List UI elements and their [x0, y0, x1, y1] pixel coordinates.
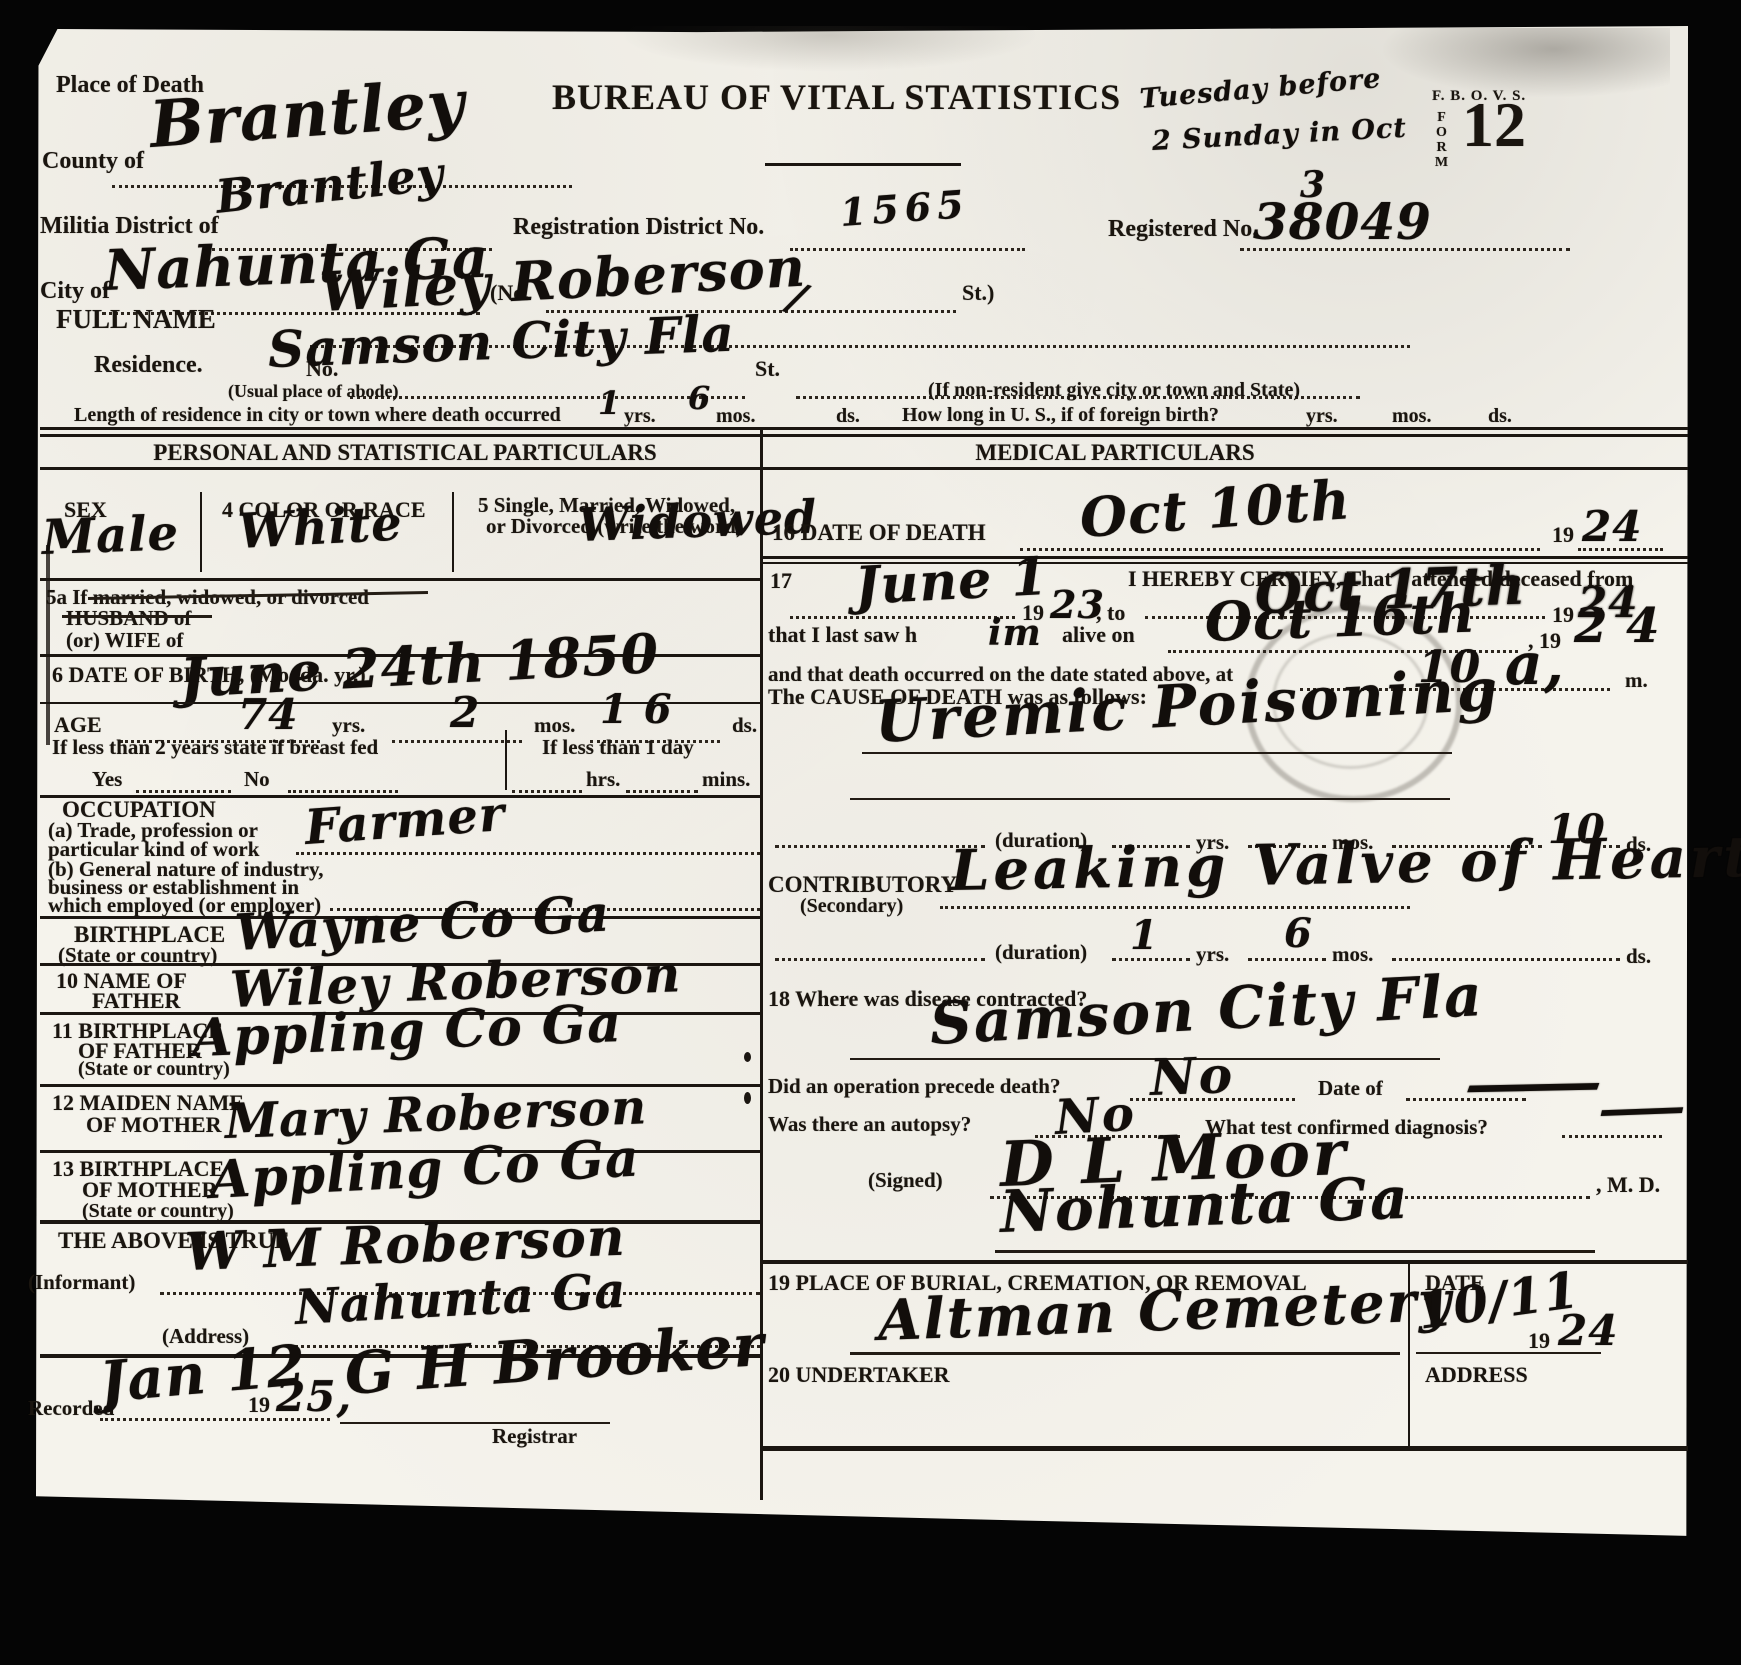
informant-label: (Informant) [28, 1270, 135, 1295]
md-label: , M. D. [1596, 1172, 1660, 1198]
certify-number: 17 [770, 568, 792, 594]
city-st-label: St.) [962, 280, 994, 306]
registered-no-value: 38049 [1253, 192, 1432, 251]
nonresident-note: (If non-resident give city or town and S… [928, 379, 1300, 402]
undertaker-address-label: ADDRESS [1425, 1362, 1528, 1388]
medical-title-rule [763, 467, 1688, 470]
howlong-mos-label: mos. [1392, 405, 1431, 428]
married-note-line3: (or) WIFE of [66, 628, 183, 653]
hrs-label: hrs. [586, 767, 620, 792]
registrar-label: Registrar [492, 1424, 577, 1449]
race-marital-divider [452, 492, 454, 572]
age-ds-value: 1 6 [600, 686, 673, 733]
registration-district-line [790, 248, 1025, 251]
test-dash: — [1592, 1079, 1692, 1138]
recorded-year-value: 25, [276, 1372, 352, 1421]
recorded-year-prefix: 19 [248, 1392, 270, 1418]
breastfed-divider [505, 730, 507, 790]
duration2-leader [775, 958, 985, 961]
attended-from-value: June 1 [853, 546, 1050, 617]
form-bottom-rule [763, 1446, 1688, 1451]
registration-district-value: 1565 [838, 181, 971, 235]
father-name-label-line2: FATHER [92, 988, 180, 1014]
sex-value: Male [41, 505, 180, 566]
recorded-line [100, 1418, 330, 1421]
occupation-line [296, 852, 760, 855]
to-year-prefix: 19 [1552, 602, 1574, 628]
registration-district-label: Registration District No. [513, 214, 764, 241]
length-mos-label: mos. [716, 405, 755, 428]
operation-dateof-label: Date of [1318, 1076, 1383, 1101]
length-ds-label: ds. [836, 405, 860, 428]
howlong-us-label: How long in U. S., if of foreign birth? [902, 404, 1219, 427]
physician-address-value: Nohunta Ga [999, 1164, 1411, 1246]
race-value: White [237, 495, 404, 560]
sex-race-divider [200, 492, 202, 572]
strike-mark [62, 615, 212, 618]
autopsy-label: Was there an autopsy? [768, 1112, 971, 1137]
howlong-yrs-label: yrs. [1306, 405, 1338, 428]
dod-year-prefix: 19 [1552, 522, 1574, 548]
row-rule [40, 578, 760, 581]
duration2-ds-line [1392, 958, 1620, 961]
header-double-rule-2 [40, 434, 1688, 437]
personal-section-title: PERSONAL AND STATISTICAL PARTICULARS [55, 440, 755, 466]
cause-line-1 [862, 752, 1452, 754]
physician-address-line [995, 1250, 1595, 1253]
residence-st-label: St. [755, 356, 780, 382]
contracted-line [850, 1058, 1440, 1060]
age-ds-label: ds. [732, 713, 757, 738]
form-number: 12 [1462, 88, 1526, 162]
residence-line [350, 396, 745, 399]
operation-label: Did an operation precede death? [768, 1074, 1060, 1099]
death-m-label: m. [1625, 668, 1648, 693]
last-seen-year: 2 4 [1574, 598, 1661, 654]
burial-line [850, 1352, 1400, 1355]
bureau-title: BUREAU OF VITAL STATISTICS [552, 76, 1052, 118]
death-ampm-value: a, [1505, 630, 1565, 698]
form-word-label: FORM [1434, 110, 1448, 182]
operation-date-dash: — [1456, 1049, 1613, 1118]
no-line [288, 790, 398, 793]
length-residence-label: Length of residence in city or town wher… [74, 404, 561, 427]
howlong-ds-label: ds. [1488, 405, 1512, 428]
age-mos-line [392, 740, 522, 743]
duration2-ds-label: ds. [1626, 944, 1651, 969]
yes-label: Yes [92, 767, 122, 792]
duration2-mos-label: mos. [1332, 942, 1373, 967]
date-of-death-label: 16 DATE OF DEATH [772, 520, 986, 546]
scanned-death-certificate: Place of Death County of Brantley BUREAU… [0, 0, 1741, 1665]
burial-date-line [1416, 1352, 1601, 1354]
alive-on-label: alive on [1062, 622, 1135, 648]
age-mos-value: 2 [450, 688, 480, 737]
burial-year-value: 24 [1558, 1306, 1618, 1355]
burial-year-prefix: 19 [1528, 1328, 1550, 1354]
last-saw-him-hw: im [988, 612, 1042, 654]
mother-name-label-line2: OF MOTHER [86, 1112, 221, 1138]
contributory-line [940, 906, 1410, 909]
length-yrs-value: 1 [598, 384, 621, 422]
city-label: City of [40, 278, 110, 305]
residence-label: Residence. [94, 352, 203, 379]
no-label: No [244, 767, 270, 792]
county-label: County of [42, 148, 144, 175]
undertaker-label: 20 UNDERTAKER [768, 1362, 950, 1388]
ink-dot [744, 1092, 751, 1104]
duration2-mos-value: 6 [1284, 910, 1313, 957]
last-saw-label: that I last saw h [768, 622, 917, 648]
abode-note: (Usual place of abode) [228, 381, 399, 402]
lessday-label: If less than 1 day [542, 735, 694, 760]
dod-year-line [1578, 548, 1663, 551]
personal-title-rule [40, 467, 760, 470]
mins-line [626, 790, 698, 793]
row-rule [40, 1084, 760, 1087]
length-yrs-label: yrs. [624, 405, 656, 428]
scan-fold-line [46, 545, 50, 745]
registered-no-label: Registered No. [1108, 216, 1258, 243]
header-double-rule-1 [40, 427, 1688, 430]
mins-label: mins. [702, 767, 750, 792]
ink-dot [744, 1052, 751, 1062]
duration2-mos-line [1248, 958, 1326, 961]
length-mos-value: 6 [688, 379, 711, 417]
signed-label: (Signed) [868, 1168, 943, 1193]
contributory-secondary-label: (Secondary) [800, 895, 903, 918]
registered-no-correction: 3 [1300, 164, 1326, 206]
operation-line [1130, 1098, 1295, 1101]
cause-line-2 [850, 798, 1450, 800]
title-blank-line [765, 163, 961, 166]
full-name-label: FULL NAME [56, 304, 216, 335]
duration2-yrs-value: 1 [1130, 912, 1159, 959]
duration2-label: (duration) [995, 940, 1087, 965]
attended-from-line [790, 616, 1015, 619]
yes-line [136, 790, 231, 793]
duration2-yrs-label: yrs. [1196, 942, 1229, 967]
hrs-line [512, 790, 582, 793]
breastfed-label: If less than 2 years state if breast fed [52, 735, 378, 760]
contributory-value: Leaking Valve of Heart [949, 824, 1741, 904]
medical-section-title: MEDICAL PARTICULARS [880, 440, 1350, 466]
dod-year-value: 24 [1582, 502, 1642, 551]
age-yrs-value: 74 [238, 690, 298, 739]
